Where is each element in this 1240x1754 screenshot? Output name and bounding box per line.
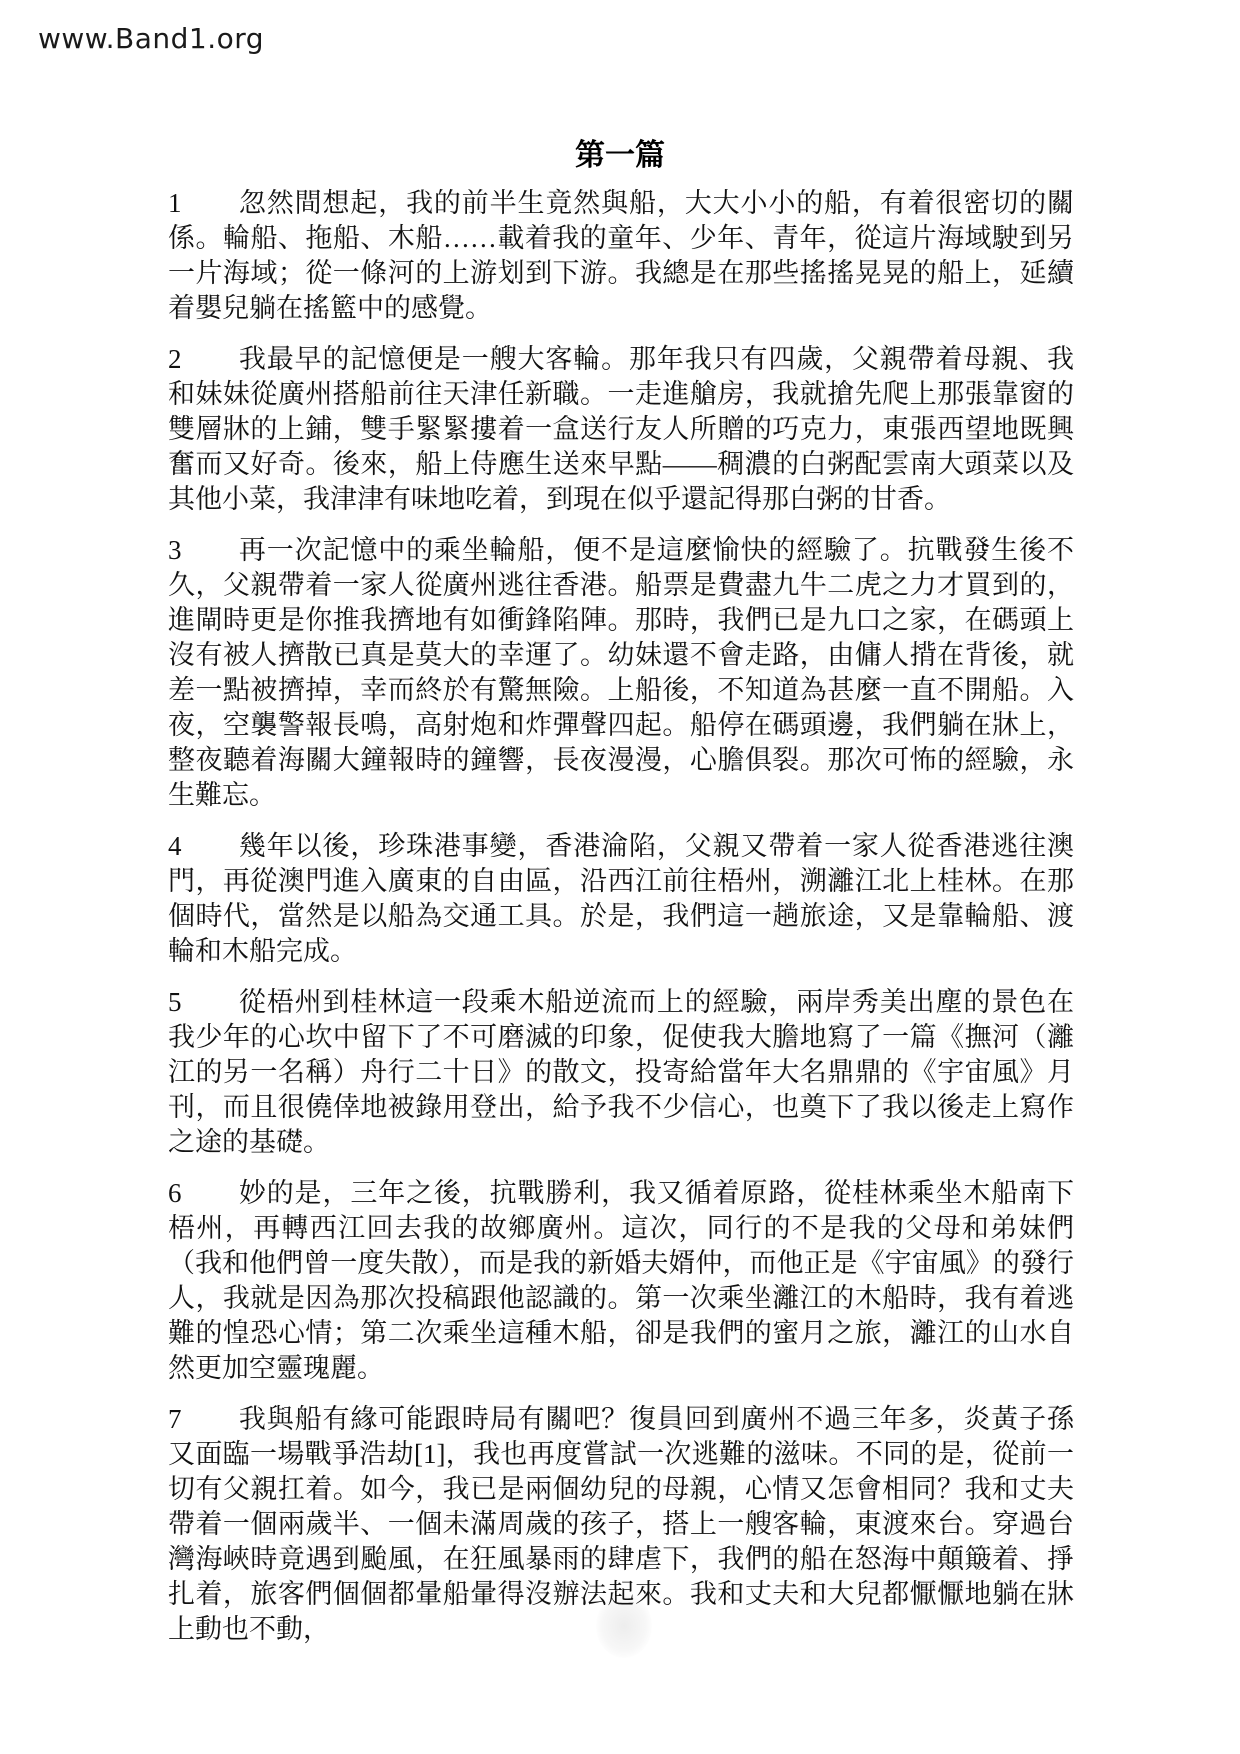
paragraph-text: 從梧州到桂林這一段乘木船逆流而上的經驗，兩岸秀美出塵的景色在我少年的心坎中留下了… (168, 987, 1074, 1157)
paragraph-5: 5從梧州到桂林這一段乘木船逆流而上的經驗，兩岸秀美出塵的景色在我少年的心坎中留下… (168, 985, 1074, 1160)
paragraph-text: 忽然間想起，我的前半生竟然與船，大大小小的船，有着很密切的關係。輪船、拖船、木船… (168, 188, 1074, 323)
paragraph-3: 3再一次記憶中的乘坐輪船，便不是這麼愉快的經驗了。抗戰發生後不久，父親帶着一家人… (168, 533, 1074, 813)
paragraph-1: 1忽然間想起，我的前半生竟然與船，大大小小的船，有着很密切的關係。輪船、拖船、木… (168, 186, 1074, 326)
paragraph-6: 6妙的是，三年之後，抗戰勝利，我又循着原路，從桂林乘坐木船南下梧州，再轉西江回去… (168, 1176, 1074, 1386)
paragraph-text: 再一次記憶中的乘坐輪船，便不是這麼愉快的經驗了。抗戰發生後不久，父親帶着一家人從… (168, 535, 1074, 810)
faint-watermark-shape (596, 1594, 652, 1658)
paragraph-number: 6 (168, 1176, 238, 1211)
paragraph-number: 7 (168, 1402, 238, 1437)
essay-content: 1忽然間想起，我的前半生竟然與船，大大小小的船，有着很密切的關係。輪船、拖船、木… (168, 186, 1074, 1663)
site-watermark: www.Band1.org (38, 22, 264, 55)
paragraph-text: 幾年以後，珍珠港事變，香港淪陷，父親又帶着一家人從香港逃往澳門，再從澳門進入廣東… (168, 831, 1074, 966)
paragraph-text: 妙的是，三年之後，抗戰勝利，我又循着原路，從桂林乘坐木船南下梧州，再轉西江回去我… (168, 1178, 1074, 1383)
paragraph-2: 2我最早的記憶便是一艘大客輪。那年我只有四歲，父親帶着母親、我和妹妹從廣州搭船前… (168, 342, 1074, 517)
paragraph-number: 2 (168, 342, 238, 377)
paragraph-number: 5 (168, 985, 238, 1020)
paragraph-number: 1 (168, 186, 238, 221)
page-title: 第一篇 (0, 130, 1240, 174)
paragraph-number: 4 (168, 829, 238, 864)
paragraph-number: 3 (168, 533, 238, 568)
paragraph-4: 4幾年以後，珍珠港事變，香港淪陷，父親又帶着一家人從香港逃往澳門，再從澳門進入廣… (168, 829, 1074, 969)
paragraph-text: 我最早的記憶便是一艘大客輪。那年我只有四歲，父親帶着母親、我和妹妹從廣州搭船前往… (168, 344, 1074, 514)
